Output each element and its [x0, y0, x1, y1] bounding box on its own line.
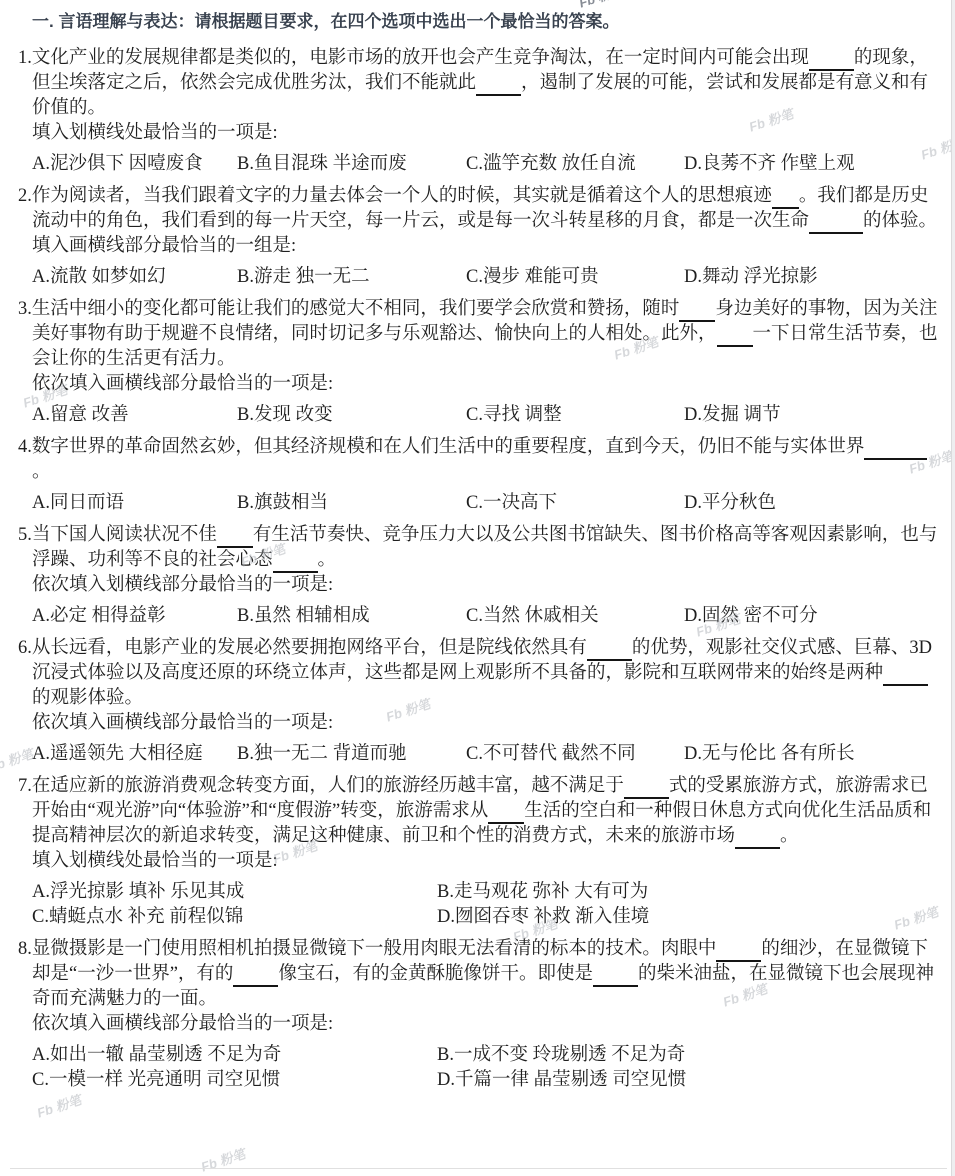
page-right-edge	[951, 0, 955, 1176]
brand-watermark: Fb 粉笔	[34, 1089, 83, 1121]
blank-underline	[587, 640, 632, 661]
options-row: A.必定 相得益彰 B.虽然 相辅相成 C.当然 休戚相关 D.固然 密不可分	[32, 604, 943, 629]
option-b: B.一成不变 玲珑剔透 不足为奇	[437, 1043, 943, 1068]
options-row: A.遥遥领先 大相径庭 B.独一无二 背道而驰 C.不可替代 截然不同 D.无与…	[32, 742, 943, 767]
question-1: 1.文化产业的发展规律都是类似的，电影市场的放开也会产生竞争淘汰，在一定时间内可…	[18, 46, 943, 177]
page-bottom-divider	[10, 1168, 947, 1170]
options-row: A.如出一辙 晶莹剔透 不足为奇 B.一成不变 玲珑剔透 不足为奇	[32, 1043, 943, 1068]
fill-prompt: 依次填入画横线部分最恰当的一项是:	[32, 711, 943, 736]
option-d: D.无与伦比 各有所长	[684, 742, 943, 767]
brand-watermark: Fb 粉笔	[198, 1143, 247, 1175]
option-a: A.流散 如梦如幻	[32, 265, 237, 290]
option-d: D.平分秋色	[684, 491, 943, 516]
option-c: C.一模一样 光亮通明 司空见惯	[32, 1068, 437, 1093]
question-stem: 在适应新的旅游消费观念转变方面，人们的旅游经历越丰富，越不满足于式的受累旅游方式…	[32, 776, 931, 846]
question-number: 6.	[18, 638, 32, 658]
question-number: 1.	[18, 48, 32, 68]
options-group: A.如出一辙 晶莹剔透 不足为奇 B.一成不变 玲珑剔透 不足为奇 C.一模一样…	[32, 1043, 943, 1093]
option-d: D.舞动 浮光掠影	[684, 265, 943, 290]
fill-prompt: 依次填入画横线部分最恰当的一项是:	[32, 1012, 943, 1037]
fill-prompt: 填入划横线处最恰当的一项是:	[32, 121, 943, 146]
question-stem: 作为阅读者，当我们跟着文字的力量去体会一个人的时候，其实就是循着这个人的思想痕迹…	[32, 186, 937, 231]
blank-underline	[809, 50, 854, 71]
question-number: 4.	[18, 437, 32, 457]
option-b: B.虽然 相辅相成	[237, 604, 466, 629]
exam-page: Fb 粉笔Fb 粉笔Fb 粉笔Fb 粉笔Fb 粉笔Fb 粉笔Fb 粉笔Fb 粉笔…	[0, 0, 955, 1176]
option-a: A.留意 改善	[32, 403, 237, 428]
question-5: 5.当下国人阅读状况不佳有生活节奏快、竞争压力大以及公共图书馆缺失、图书价格高等…	[18, 523, 943, 629]
option-b: B.旗鼓相当	[237, 491, 466, 516]
option-c: C.漫步 难能可贵	[466, 265, 684, 290]
option-a: A.同日而语	[32, 491, 237, 516]
options-row: C.一模一样 光亮通明 司空见惯 D.千篇一律 晶莹剔透 司空见惯	[32, 1068, 943, 1093]
options-row: A.浮光掠影 填补 乐见其成 B.走马观花 弥补 大有可为	[32, 880, 943, 905]
blank-underline	[679, 301, 715, 322]
section-header: 一. 言语理解与表达：请根据题目要求，在四个选项中选出一个最恰当的答案。	[18, 10, 943, 34]
question-7: 7.在适应新的旅游消费观念转变方面，人们的旅游经历越丰富，越不满足于式的受累旅游…	[18, 774, 943, 930]
option-a: A.如出一辙 晶莹剔透 不足为奇	[32, 1043, 437, 1068]
blank-underline	[717, 326, 753, 347]
option-b: B.走马观花 弥补 大有可为	[437, 880, 943, 905]
fill-prompt: 依次填入画横线部分最恰当的一项是:	[32, 372, 943, 397]
option-d: D.囫囵吞枣 补救 渐入佳境	[437, 905, 943, 930]
options-group: A.浮光掠影 填补 乐见其成 B.走马观花 弥补 大有可为 C.蜻蜓点水 补充 …	[32, 880, 943, 930]
question-stem: 当下国人阅读状况不佳有生活节奏快、竞争压力大以及公共图书馆缺失、图书价格高等客观…	[32, 525, 938, 570]
blank-underline	[716, 941, 761, 962]
fill-prompt: 填入画横线部分最恰当的一组是:	[32, 234, 943, 259]
blank-underline	[593, 966, 638, 987]
question-stem: 显微摄影是一门使用照相机拍摄显微镜下一般用肉眼无法看清的标本的技术。肉眼中的细沙…	[32, 939, 934, 1009]
option-d: D.良莠不齐 作壁上观	[684, 152, 943, 177]
fill-prompt: 填入划横线处最恰当的一项是:	[32, 849, 943, 874]
options-row: A.留意 改善 B.发现 改变 C.寻找 调整 D.发掘 调节	[32, 403, 943, 428]
option-d: D.千篇一律 晶莹剔透 司空见惯	[437, 1068, 943, 1093]
option-b: B.发现 改变	[237, 403, 466, 428]
blank-underline	[488, 803, 524, 824]
options-row: C.蜻蜓点水 补充 前程似锦 D.囫囵吞枣 补救 渐入佳境	[32, 905, 943, 930]
option-c: C.蜻蜓点水 补充 前程似锦	[32, 905, 437, 930]
blank-underline	[772, 188, 799, 209]
question-4: 4.数字世界的革命固然玄妙，但其经济规模和在人们生活中的重要程度，直到今天，仍旧…	[18, 435, 943, 516]
options-row: A.同日而语 B.旗鼓相当 C.一决高下 D.平分秋色	[32, 491, 943, 516]
option-d: D.发掘 调节	[684, 403, 943, 428]
question-stem: 生活中细小的变化都可能让我们的感觉大不相同，我们要学会欣赏和赞扬，随时身边美好的…	[32, 299, 938, 369]
option-a: A.泥沙俱下 因噎废食	[32, 152, 237, 177]
question-stem: 文化产业的发展规律都是类似的，电影市场的放开也会产生竞争淘汰，在一定时间内可能会…	[32, 48, 928, 118]
fill-prompt: 依次填入划横线部分最恰当的一项是:	[32, 573, 943, 598]
question-6: 6.从长远看，电影产业的发展必然要拥抱网络平台，但是院线依然具有的优势，观影社交…	[18, 636, 943, 767]
blank-underline	[476, 75, 521, 96]
option-a: A.必定 相得益彰	[32, 604, 237, 629]
question-3: 3.生活中细小的变化都可能让我们的感觉大不相同，我们要学会欣赏和赞扬，随时身边美…	[18, 297, 943, 428]
question-2: 2.作为阅读者，当我们跟着文字的力量去体会一个人的时候，其实就是循着这个人的思想…	[18, 184, 943, 290]
question-number: 2.	[18, 186, 32, 206]
options-row: A.泥沙俱下 因噎废食 B.鱼目混珠 半途而废 C.滥竽充数 放任自流 D.良莠…	[32, 152, 943, 177]
option-c: C.当然 休戚相关	[466, 604, 684, 629]
blank-underline	[809, 213, 863, 234]
blank-underline	[217, 527, 253, 548]
question-stem: 数字世界的革命固然玄妙，但其经济规模和在人们生活中的重要程度，直到今天，仍旧不能…	[32, 437, 928, 482]
option-b: B.游走 独一无二	[237, 265, 466, 290]
blank-underline	[233, 966, 278, 987]
blank-underline	[883, 665, 928, 686]
blank-underline	[624, 778, 669, 799]
blank-underline	[864, 439, 927, 460]
question-stem: 从长远看，电影产业的发展必然要拥抱网络平台，但是院线依然具有的优势，观影社交仪式…	[32, 638, 932, 708]
question-8: 8.显微摄影是一门使用照相机拍摄显微镜下一般用肉眼无法看清的标本的技术。肉眼中的…	[18, 937, 943, 1093]
option-c: C.寻找 调整	[466, 403, 684, 428]
options-row: A.流散 如梦如幻 B.游走 独一无二 C.漫步 难能可贵 D.舞动 浮光掠影	[32, 265, 943, 290]
option-a: A.遥遥领先 大相径庭	[32, 742, 237, 767]
blank-underline	[273, 552, 318, 573]
question-number: 7.	[18, 776, 32, 796]
option-d: D.固然 密不可分	[684, 604, 943, 629]
question-number: 8.	[18, 939, 32, 959]
option-c: C.一决高下	[466, 491, 684, 516]
option-c: C.滥竽充数 放任自流	[466, 152, 684, 177]
option-c: C.不可替代 截然不同	[466, 742, 684, 767]
option-a: A.浮光掠影 填补 乐见其成	[32, 880, 437, 905]
question-number: 5.	[18, 525, 32, 545]
option-b: B.独一无二 背道而驰	[237, 742, 466, 767]
option-b: B.鱼目混珠 半途而废	[237, 152, 466, 177]
question-number: 3.	[18, 299, 32, 319]
blank-underline	[735, 828, 780, 849]
